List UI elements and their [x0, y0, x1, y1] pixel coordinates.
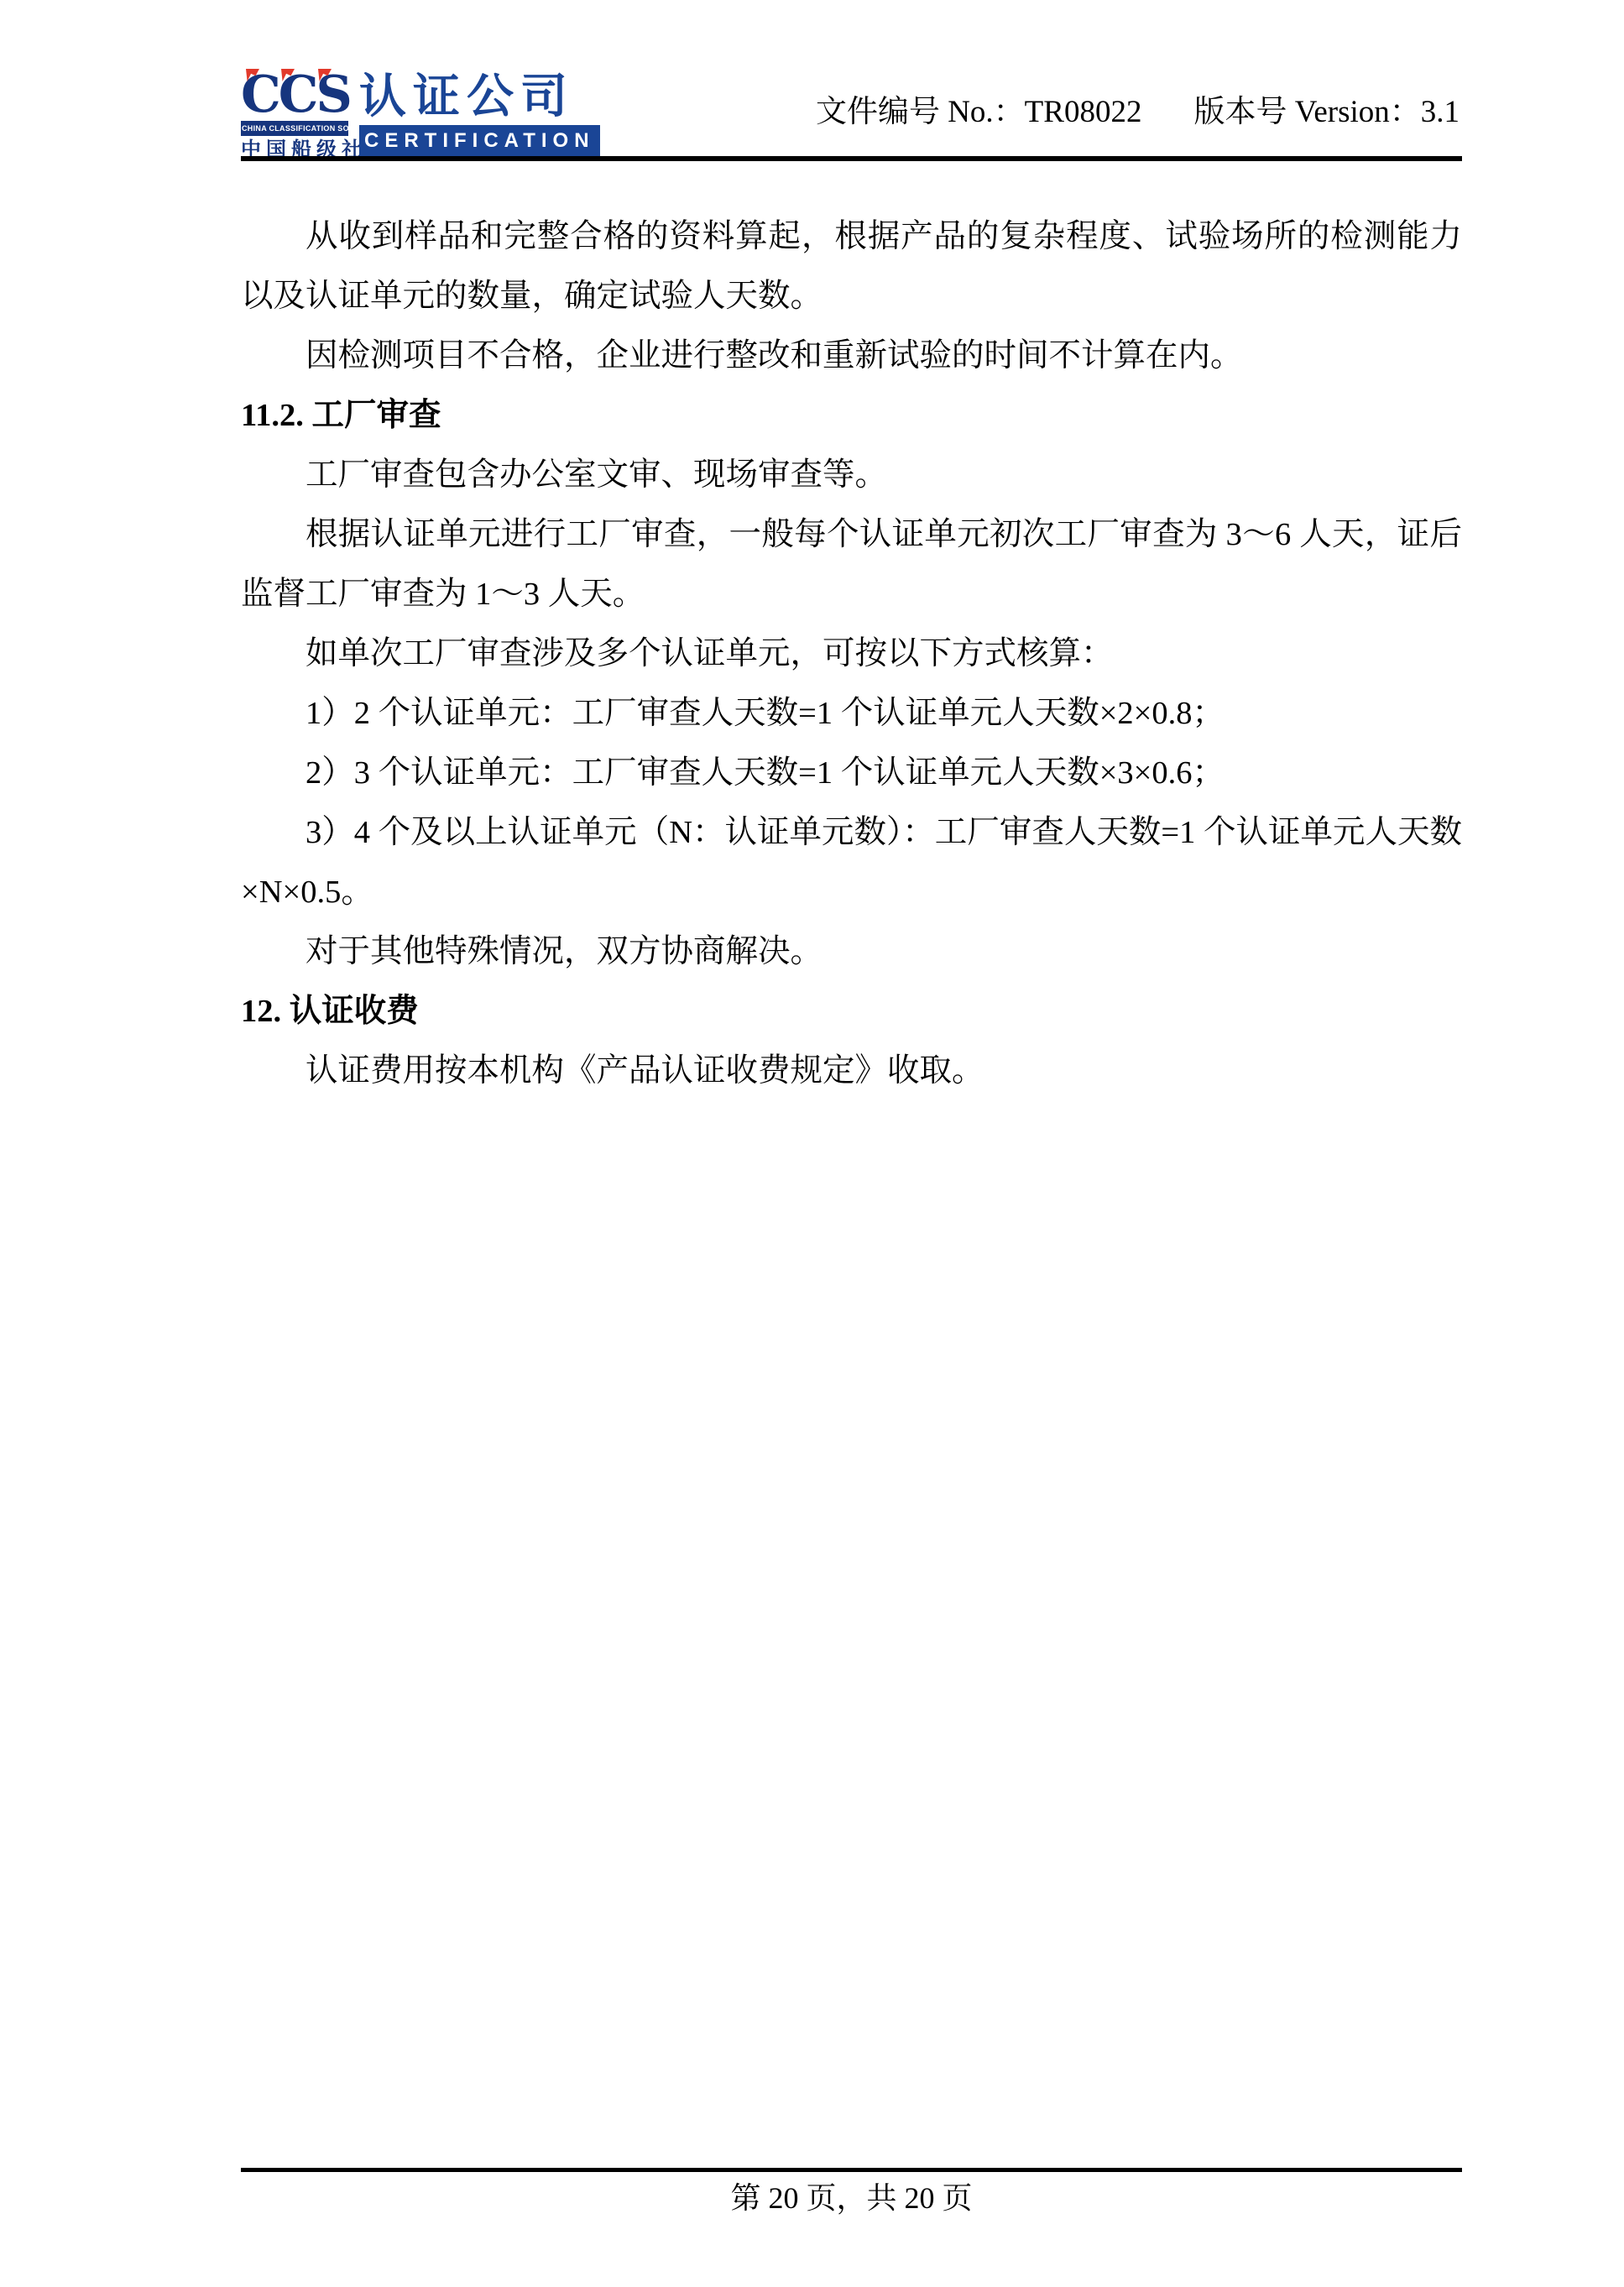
paragraph-sample-days: 从收到样品和完整合格的资料算起，根据产品的复杂程度、试验场所的检测能力以及认证单…: [241, 207, 1462, 326]
ccs-logo-left: CCS CHINA CLASSIFICATION SOCIETY 中 国 船 级…: [241, 70, 348, 161]
document-meta: 文件编号 No.：TR08022 版本号 Version：3.1: [816, 94, 1460, 131]
certification-company-name: 认证公司: [359, 70, 600, 123]
paragraph-multi-unit-intro: 如单次工厂审查涉及多个认证单元，可按以下方式核算：: [241, 624, 1462, 684]
list-item-two-units: 1）2 个认证单元：工厂审查人天数=1 个认证单元人天数×2×0.8；: [241, 684, 1462, 744]
list-item-four-plus-units: 3）4 个及以上认证单元（N：认证单元数）：工厂审查人天数=1 个认证单元人天数…: [241, 803, 1462, 922]
ccs-acronym: CCS: [241, 65, 350, 124]
paragraph-fee-rule: 认证费用按本机构《产品认证收费规定》收取。: [241, 1042, 1462, 1101]
certification-en-banner: CERTIFICATION: [359, 125, 600, 158]
paragraph-special-cases: 对于其他特殊情况，双方协商解决。: [241, 922, 1462, 982]
list-item-three-units: 2）3 个认证单元：工厂审查人天数=1 个认证单元人天数×3×0.6；: [241, 744, 1462, 803]
document-version: 版本号 Version：3.1: [1193, 94, 1460, 131]
document-page: CCS CHINA CLASSIFICATION SOCIETY 中 国 船 级…: [0, 0, 1624, 2287]
paragraph-audit-scope: 工厂审查包含办公室文审、现场审查等。: [241, 446, 1462, 505]
section-heading-11-2: 11.2. 工厂审查: [241, 386, 1462, 446]
header-divider: [241, 156, 1462, 161]
footer-divider: [241, 2168, 1462, 2172]
paragraph-retest-time: 因检测项目不合格，企业进行整改和重新试验的时间不计算在内。: [241, 326, 1462, 386]
ccs-logo: CCS CHINA CLASSIFICATION SOCIETY 中 国 船 级…: [241, 70, 600, 161]
ccs-logo-right: 认证公司 CERTIFICATION: [359, 70, 600, 158]
document-body: 从收到样品和完整合格的资料算起，根据产品的复杂程度、试验场所的检测能力以及认证单…: [241, 207, 1462, 1101]
section-heading-12: 12. 认证收费: [241, 982, 1462, 1042]
paragraph-audit-days: 根据认证单元进行工厂审查，一般每个认证单元初次工厂审查为 3～6 人天，证后监督…: [241, 505, 1462, 624]
ccs-acronym-row: CCS: [241, 70, 348, 121]
page-number: 第 20 页，共 20 页: [241, 2179, 1462, 2217]
document-number: 文件编号 No.：TR08022: [816, 94, 1142, 131]
